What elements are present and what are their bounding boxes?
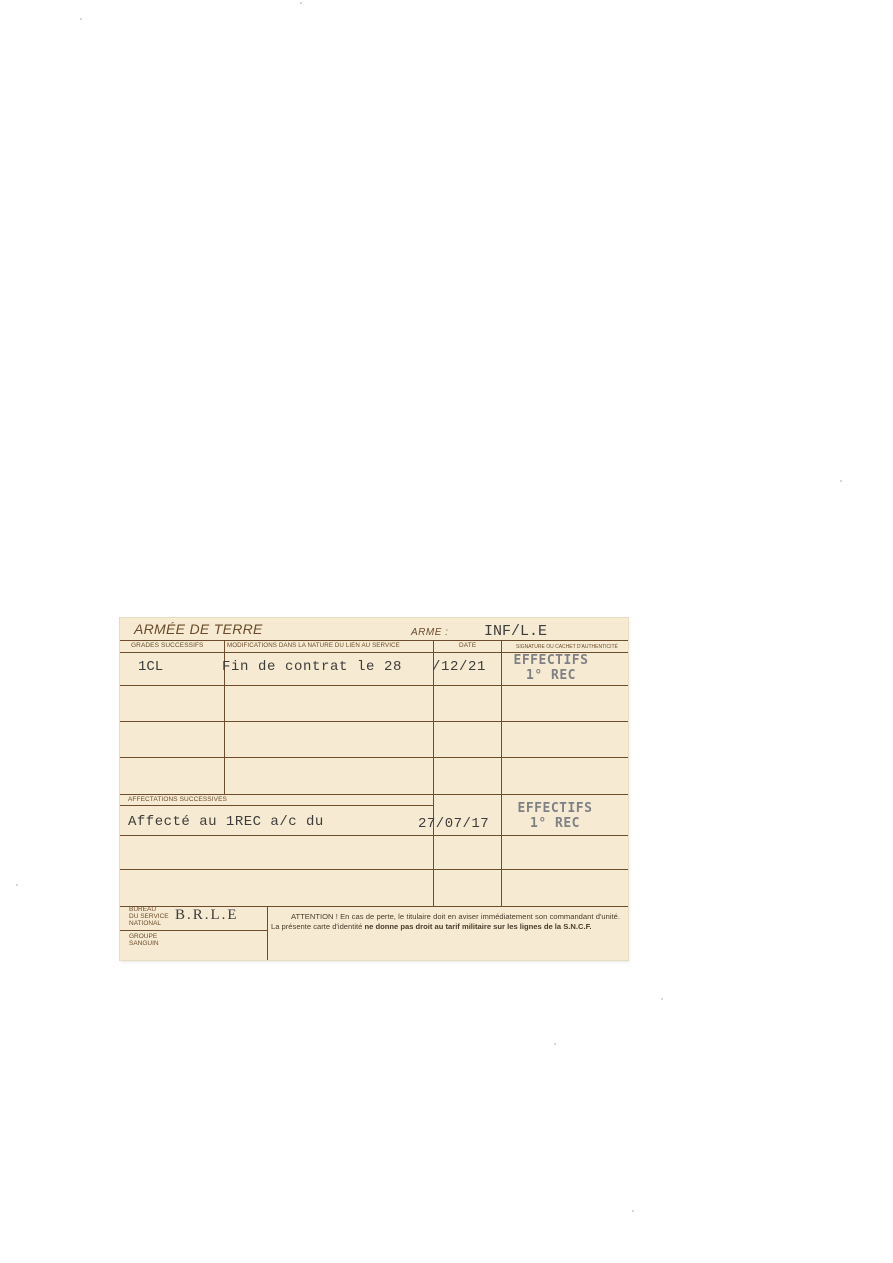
header-date: DATE [459,642,476,649]
rule [120,835,628,836]
rule [120,869,628,870]
modification-date: /12/21 [432,659,486,675]
column-divider [267,906,268,960]
column-divider [501,640,502,906]
groupe-sanguin-label: GROUPE SANGUIN [129,933,159,947]
stamp-line-2: 1° REC [510,816,600,831]
scan-speck [554,1043,556,1045]
rule [120,794,628,795]
scan-speck [16,884,18,886]
scan-speck [840,480,842,482]
scan-speck [300,2,302,4]
affectation-date: 27/07/17 [418,816,489,832]
scan-speck [80,18,82,20]
rule [120,640,628,641]
page: { "card": { "title": "ARMÉE DE TERRE", "… [0,0,893,1263]
header-modifications: MODIFICATIONS DANS LA NATURE DU LIEN AU … [227,642,400,649]
bureau-label: BUREAU DU SERVICE NATIONAL [129,906,169,927]
modification-value: Fin de contrat le 28 [222,659,402,675]
attention-notice: ATTENTION ! En cas de perte, le titulair… [271,912,620,932]
rule [120,757,628,758]
effectifs-stamp: EFFECTIFS 1° REC [506,653,596,683]
groupe-label-line: SANGUIN [129,940,159,947]
bureau-label-line: DU SERVICE [129,913,169,920]
stamp-line-1: EFFECTIFS [510,801,600,816]
stamp-line-2: 1° REC [506,668,596,683]
bureau-label-line: BUREAU [129,906,169,913]
bureau-value: B.R.L.E [175,907,239,924]
rule [120,805,433,806]
scan-speck [661,998,663,1000]
military-id-card-back: ARMÉE DE TERRE ARME : INF/L.E GRADES SUC… [120,618,628,960]
rule [120,721,628,722]
affectations-header: AFFECTATIONS SUCCESSIVES [128,796,227,803]
bureau-label-line: NATIONAL [129,920,169,927]
arme-value: INF/L.E [484,623,547,640]
column-divider [433,640,434,906]
card-title: ARMÉE DE TERRE [134,621,263,637]
header-grades: GRADES SUCCESSIFS [131,642,204,649]
scan-speck [632,1210,634,1212]
rule [120,930,267,931]
stamp-line-1: EFFECTIFS [506,653,596,668]
effectifs-stamp: EFFECTIFS 1° REC [510,801,600,831]
notice-part-2: ne donne pas droit au tarif militaire su… [364,922,591,931]
arme-label: ARME : [411,627,448,638]
header-signature: SIGNATURE OU CACHET D'AUTHENTICITÉ [516,644,618,650]
affectation-text: Affecté au 1REC a/c du [128,814,324,830]
grade-value: 1CL [138,659,163,675]
groupe-label-line: GROUPE [129,933,159,940]
rule [120,685,628,686]
